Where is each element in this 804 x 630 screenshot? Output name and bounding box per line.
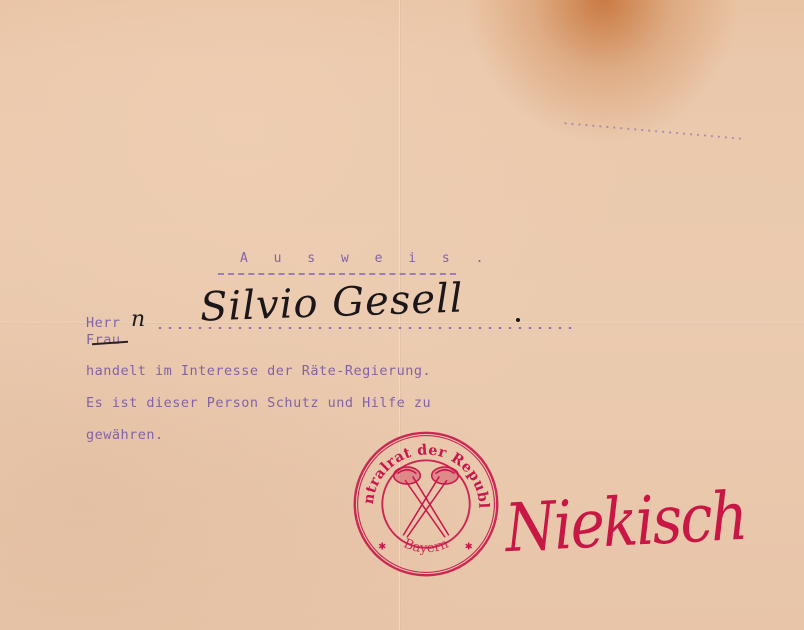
crossed-torches-icon [394, 467, 459, 537]
stamp-seal-icon: Zentralrat der Republik Bayern ✱ ✱ [350, 428, 502, 580]
body-line-3: gewähren. [86, 427, 164, 443]
star-icon: ✱ [379, 539, 387, 553]
star-icon: ✱ [465, 539, 473, 553]
handwritten-name: Silvio Gesell [199, 275, 464, 330]
handwritten-signature: Niekisch [503, 477, 748, 568]
document-title: A u s w e i s . [240, 251, 492, 266]
title-underline [218, 273, 456, 275]
salutation-herr: Herr [86, 315, 121, 331]
salutation-frau-struck: Frau [86, 332, 121, 348]
handwritten-suffix-n: n [131, 307, 145, 332]
stamp-bottom-text: Bayern [401, 536, 451, 556]
svg-text:Bayern: Bayern [401, 536, 451, 556]
body-line-1: handelt im Interesse der Räte-Regierung. [86, 363, 431, 379]
handwritten-period [516, 318, 520, 322]
official-stamp: Zentralrat der Republik Bayern ✱ ✱ [350, 428, 502, 580]
body-line-2: Es ist dieser Person Schutz und Hilfe zu [86, 395, 431, 411]
